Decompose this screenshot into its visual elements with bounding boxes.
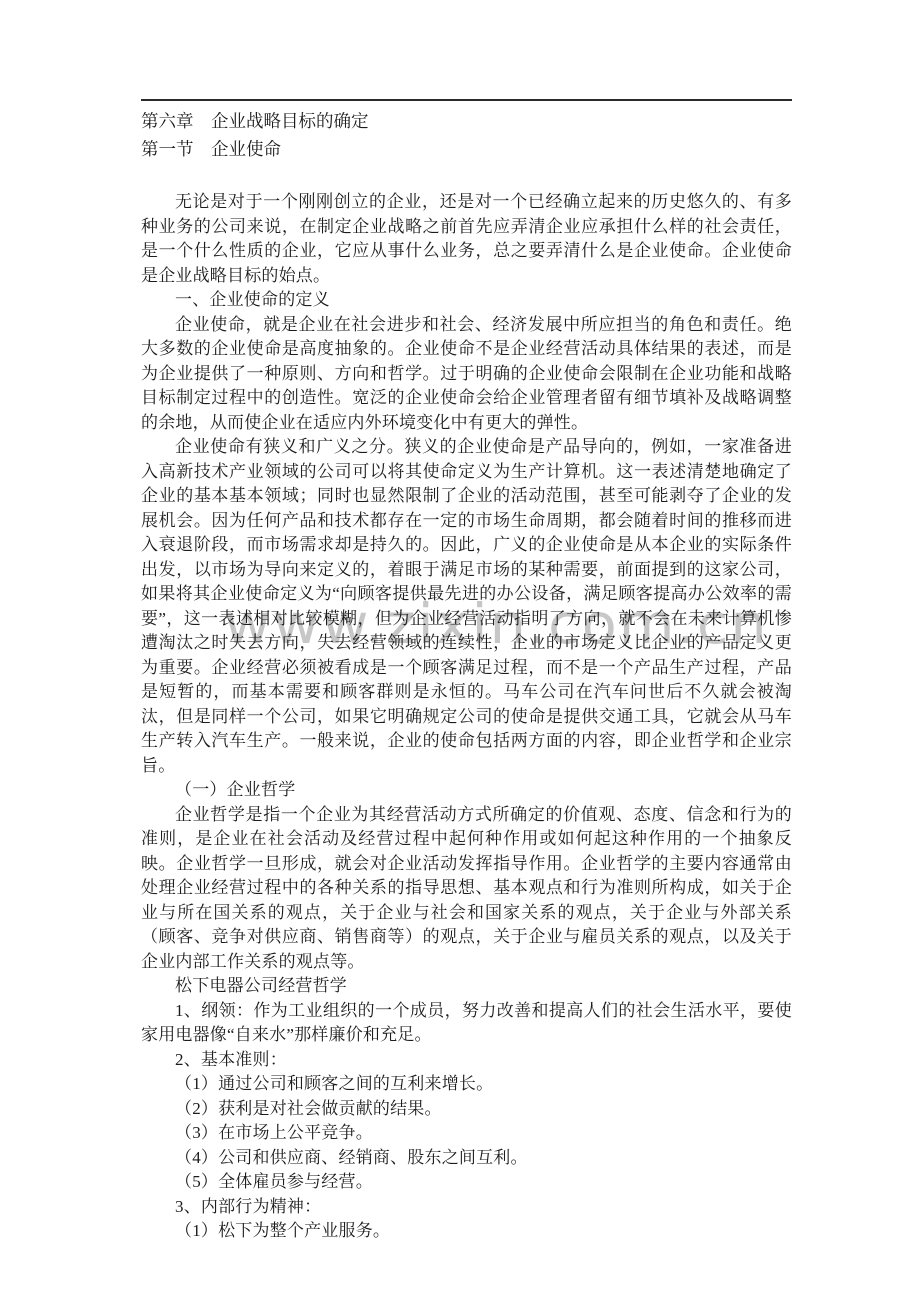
header-divider [141,99,792,101]
chapter-title: 第六章 企业战略目标的确定 [141,107,792,135]
paragraph-definition: 企业使命，就是企业在社会进步和社会、经济发展中所应担当的角色和责任。绝大多数的企… [141,313,792,436]
paragraph-broad-narrow: 企业使命有狭义和广义之分。狭义的企业使命是产品导向的，例如，一家准备进入高新技术… [141,435,792,778]
paragraph-intro: 无论是对于一个刚刚创立的企业，还是对一个已经确立起来的历史悠久的、有多种业务的公… [141,190,792,288]
list-item-rule-2: （2）获利是对社会做贡献的结果。 [141,1097,792,1122]
list-item-rule-4: （4）公司和供应商、经销商、股东之间互利。 [141,1146,792,1171]
list-item-program: 1、纲领：作为工业组织的一个成员，努力改善和提高人们的社会生活水平，要使家用电器… [141,999,792,1048]
list-item-basic-rules: 2、基本准则： [141,1048,792,1073]
section-title: 第一节 企业使命 [141,135,792,163]
content-column: 第六章 企业战略目标的确定 第一节 企业使命 无论是对于一个刚刚创立的企业，还是… [141,99,792,1244]
heading-philosophy: （一）企业哲学 [141,778,792,803]
paragraph-philosophy: 企业哲学是指一个企业为其经营活动方式所确定的价值观、态度、信念和行为的准则，是企… [141,803,792,975]
list-item-internal-spirit: 3、内部行为精神： [141,1195,792,1220]
heading-definition: 一、企业使命的定义 [141,288,792,313]
list-item-spirit-1: （1）松下为整个产业服务。 [141,1219,792,1244]
list-item-rule-3: （3）在市场上公平竞争。 [141,1121,792,1146]
document-page: www.zixin.com.cn 第六章 企业战略目标的确定 第一节 企业使命 … [0,0,920,1302]
heading-matsushita: 松下电器公司经营哲学 [141,974,792,999]
document-body: 无论是对于一个刚刚创立的企业，还是对一个已经确立起来的历史悠久的、有多种业务的公… [141,190,792,1244]
list-item-rule-1: （1）通过公司和顾客之间的互利来增长。 [141,1072,792,1097]
list-item-rule-5: （5）全体雇员参与经营。 [141,1170,792,1195]
